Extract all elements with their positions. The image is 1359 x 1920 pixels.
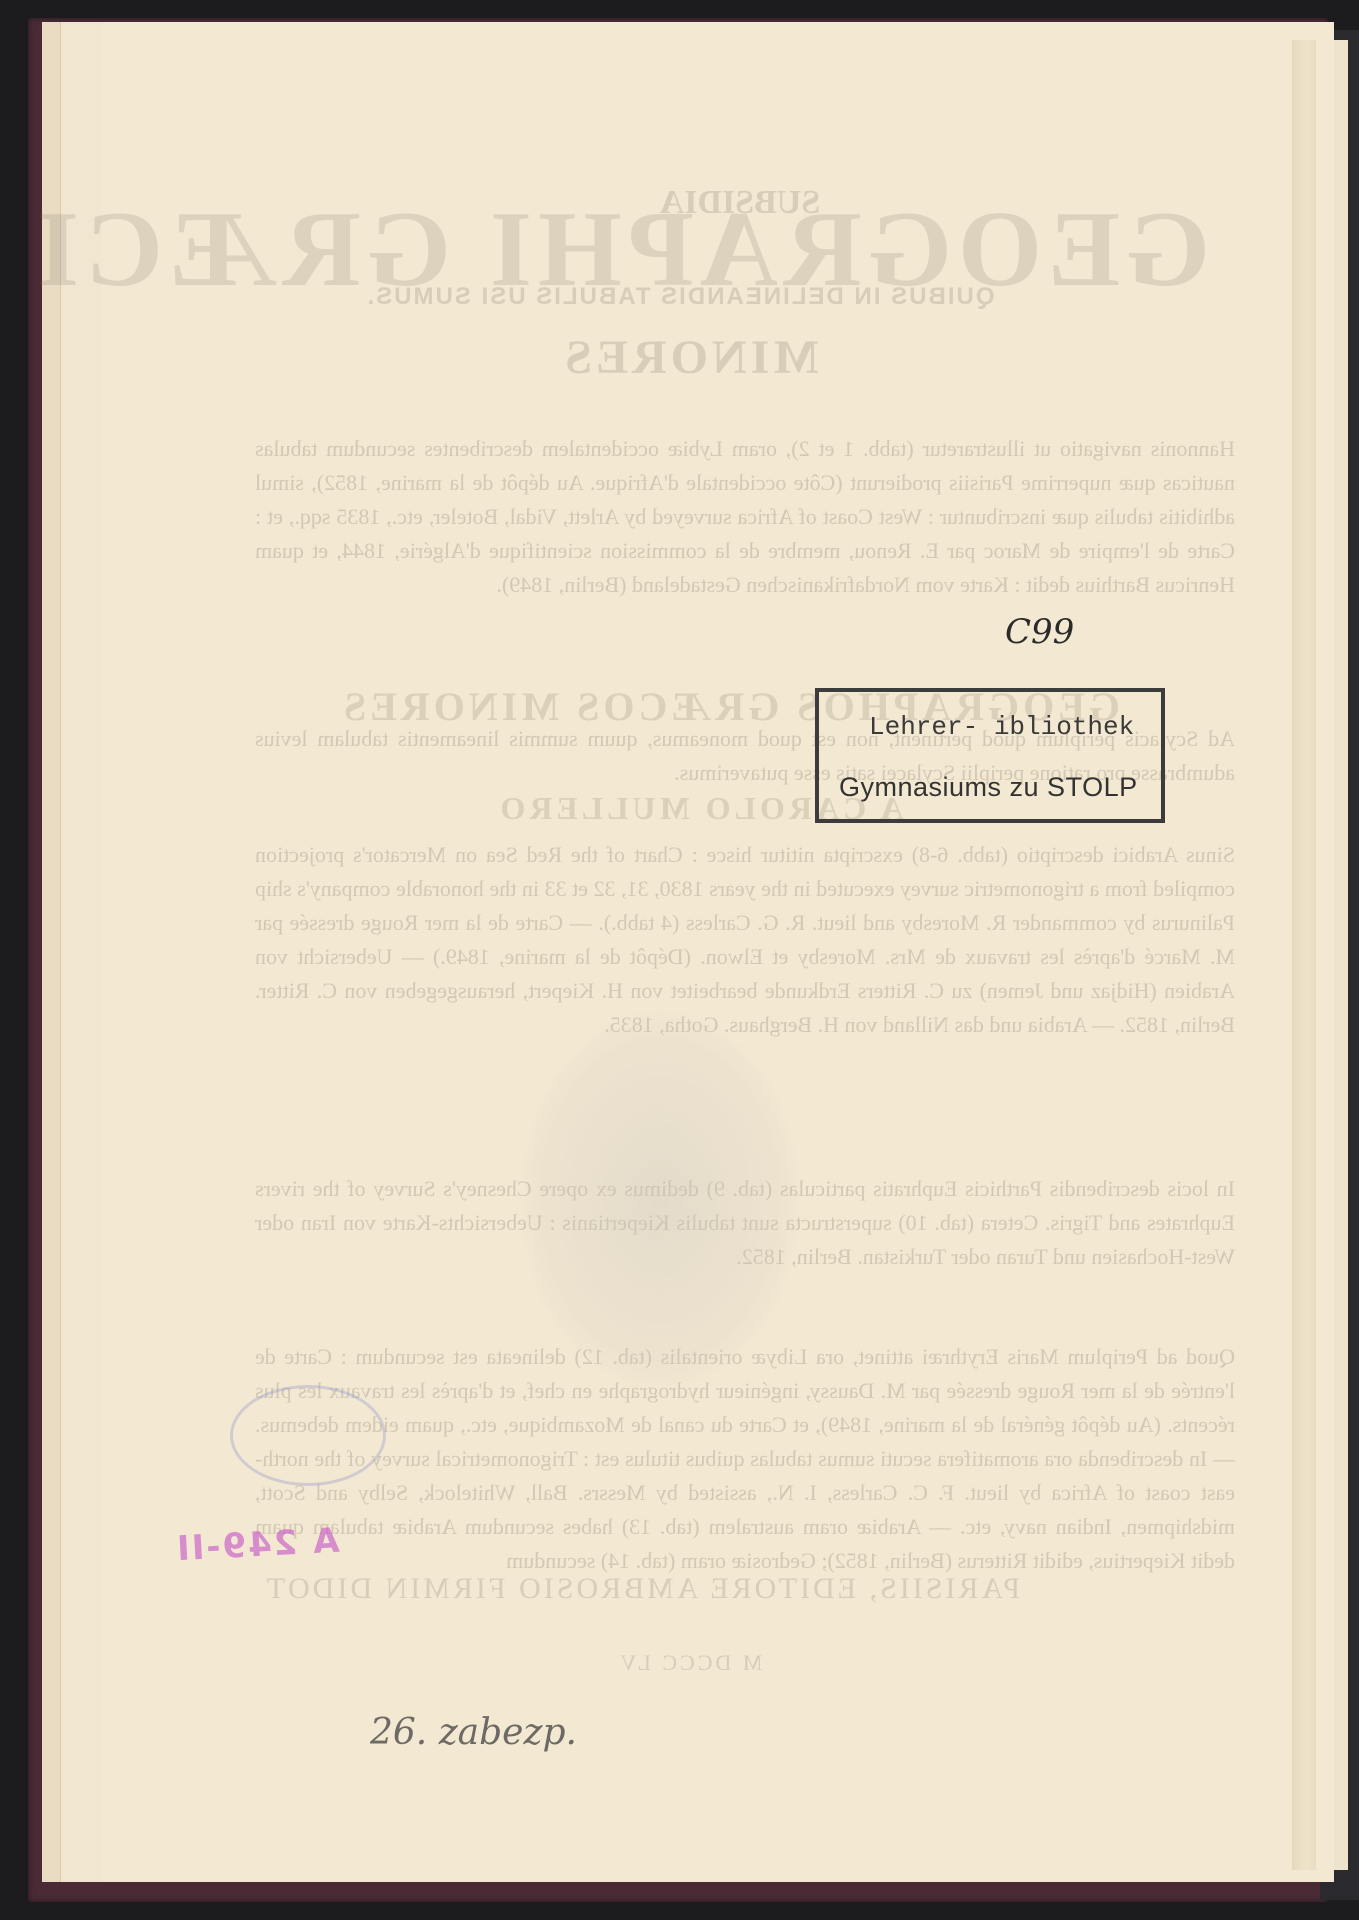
gutter-fold — [1292, 40, 1316, 1870]
library-stamp-line-1: Lehrer- ibliothek — [869, 712, 1134, 742]
pencil-note: 26. zabezp. — [370, 1712, 577, 1753]
blue-oval-stamp — [230, 1385, 386, 1486]
bleed-minores: MINORES — [540, 330, 840, 385]
bleed-circular-seal — [520, 1010, 800, 1390]
bleed-year: M DCCC LV — [560, 1650, 820, 1676]
library-stamp-line-2: Gymnasiums zu STOLP — [839, 772, 1138, 803]
bleed-imprint: PARISIIS, EDITORE AMBROSIO FIRMIN DIDOT — [380, 1572, 1020, 1606]
bleed-paragraph-3: Sinus Arabici descriptio (tabb. 6-8) exs… — [255, 838, 1235, 1042]
handwritten-shelfmark: C99 — [1005, 612, 1074, 652]
library-stamp: Lehrer- ibliothek Gymnasiums zu STOLP — [815, 688, 1165, 823]
bleed-subtitle: QUIBUS IN DELINEANDIS TABULIS USI SUMUS. — [330, 283, 1030, 311]
bleed-subheading: SUBSIDIA — [580, 184, 900, 222]
bleed-paragraph-1: Hannonis navigatio ut illustraretur (tab… — [255, 432, 1235, 602]
bleed-paragraph-5: Quod ad Periplum Maris Erythræi attinet,… — [255, 1340, 1235, 1578]
